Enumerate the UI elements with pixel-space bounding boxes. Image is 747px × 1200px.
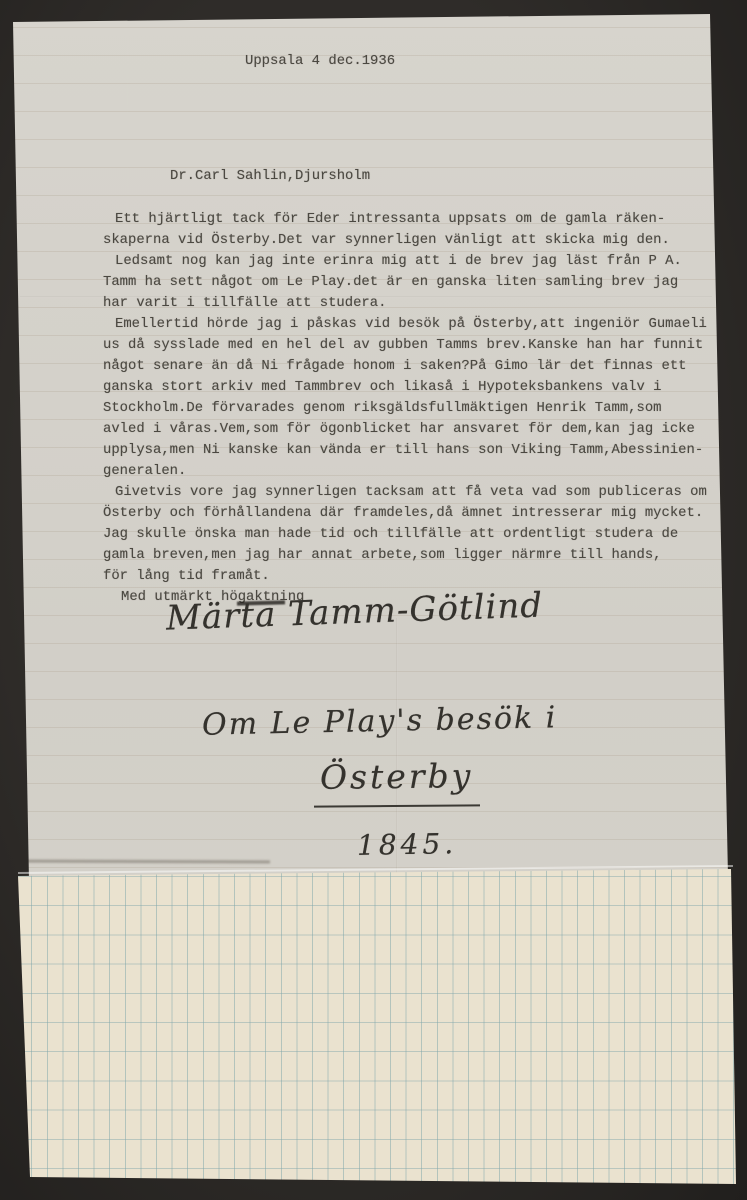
typed-line: för lång tid framåt. — [103, 568, 270, 584]
typed-line: Ledsamt nog kan jag inte erinra mig att … — [115, 253, 682, 269]
typed-line: Jag skulle önska man hade tid och tillfä… — [103, 526, 678, 542]
annotation-place: Österby — [320, 756, 474, 797]
typed-line: Givetvis vore jag synnerligen tacksam at… — [115, 484, 707, 500]
typed-line: ganska stort arkiv med Tammbrev och lika… — [103, 379, 662, 395]
typed-line: Österby och förhållandena där framdeles,… — [103, 505, 703, 521]
typed-line: gamla breven,men jag har annat arbete,so… — [103, 547, 662, 563]
typed-line: us då sysslade med en hel del av gubben … — [103, 337, 703, 353]
sheet-edge-shadow — [25, 860, 270, 864]
typed-line: Emellertid hörde jag i påskas vid besök … — [115, 316, 707, 332]
typed-line: avled i våras.Vem,som för ögonblicket ha… — [103, 421, 695, 437]
typed-line: generalen. — [103, 463, 186, 479]
annotation-year: 1845. — [357, 827, 458, 862]
typed-line: något senare än då Ni frågade honom i sa… — [103, 358, 687, 374]
typed-line: har varit i tillfälle att studera. — [103, 295, 386, 311]
typed-line: upplysa,men Ni kanske kan vända er till … — [103, 442, 703, 458]
typed-line: Tamm ha sett något om Le Play.det är en … — [103, 274, 678, 290]
typed-recipient: Dr.Carl Sahlin,Djursholm — [170, 168, 370, 184]
typed-dateline: Uppsala 4 dec.1936 — [245, 53, 395, 69]
scan-background: Uppsala 4 dec.1936 Dr.Carl Sahlin,Djursh… — [0, 0, 747, 1200]
annotation-title: Om Le Play's besök i — [202, 700, 558, 742]
typed-line: skaperna vid Österby.Det var synnerligen… — [103, 232, 670, 248]
typed-line: Stockholm.De förvarades genom riksgäldsf… — [103, 400, 662, 416]
typed-line: Ett hjärtligt tack för Eder intressanta … — [115, 211, 665, 227]
